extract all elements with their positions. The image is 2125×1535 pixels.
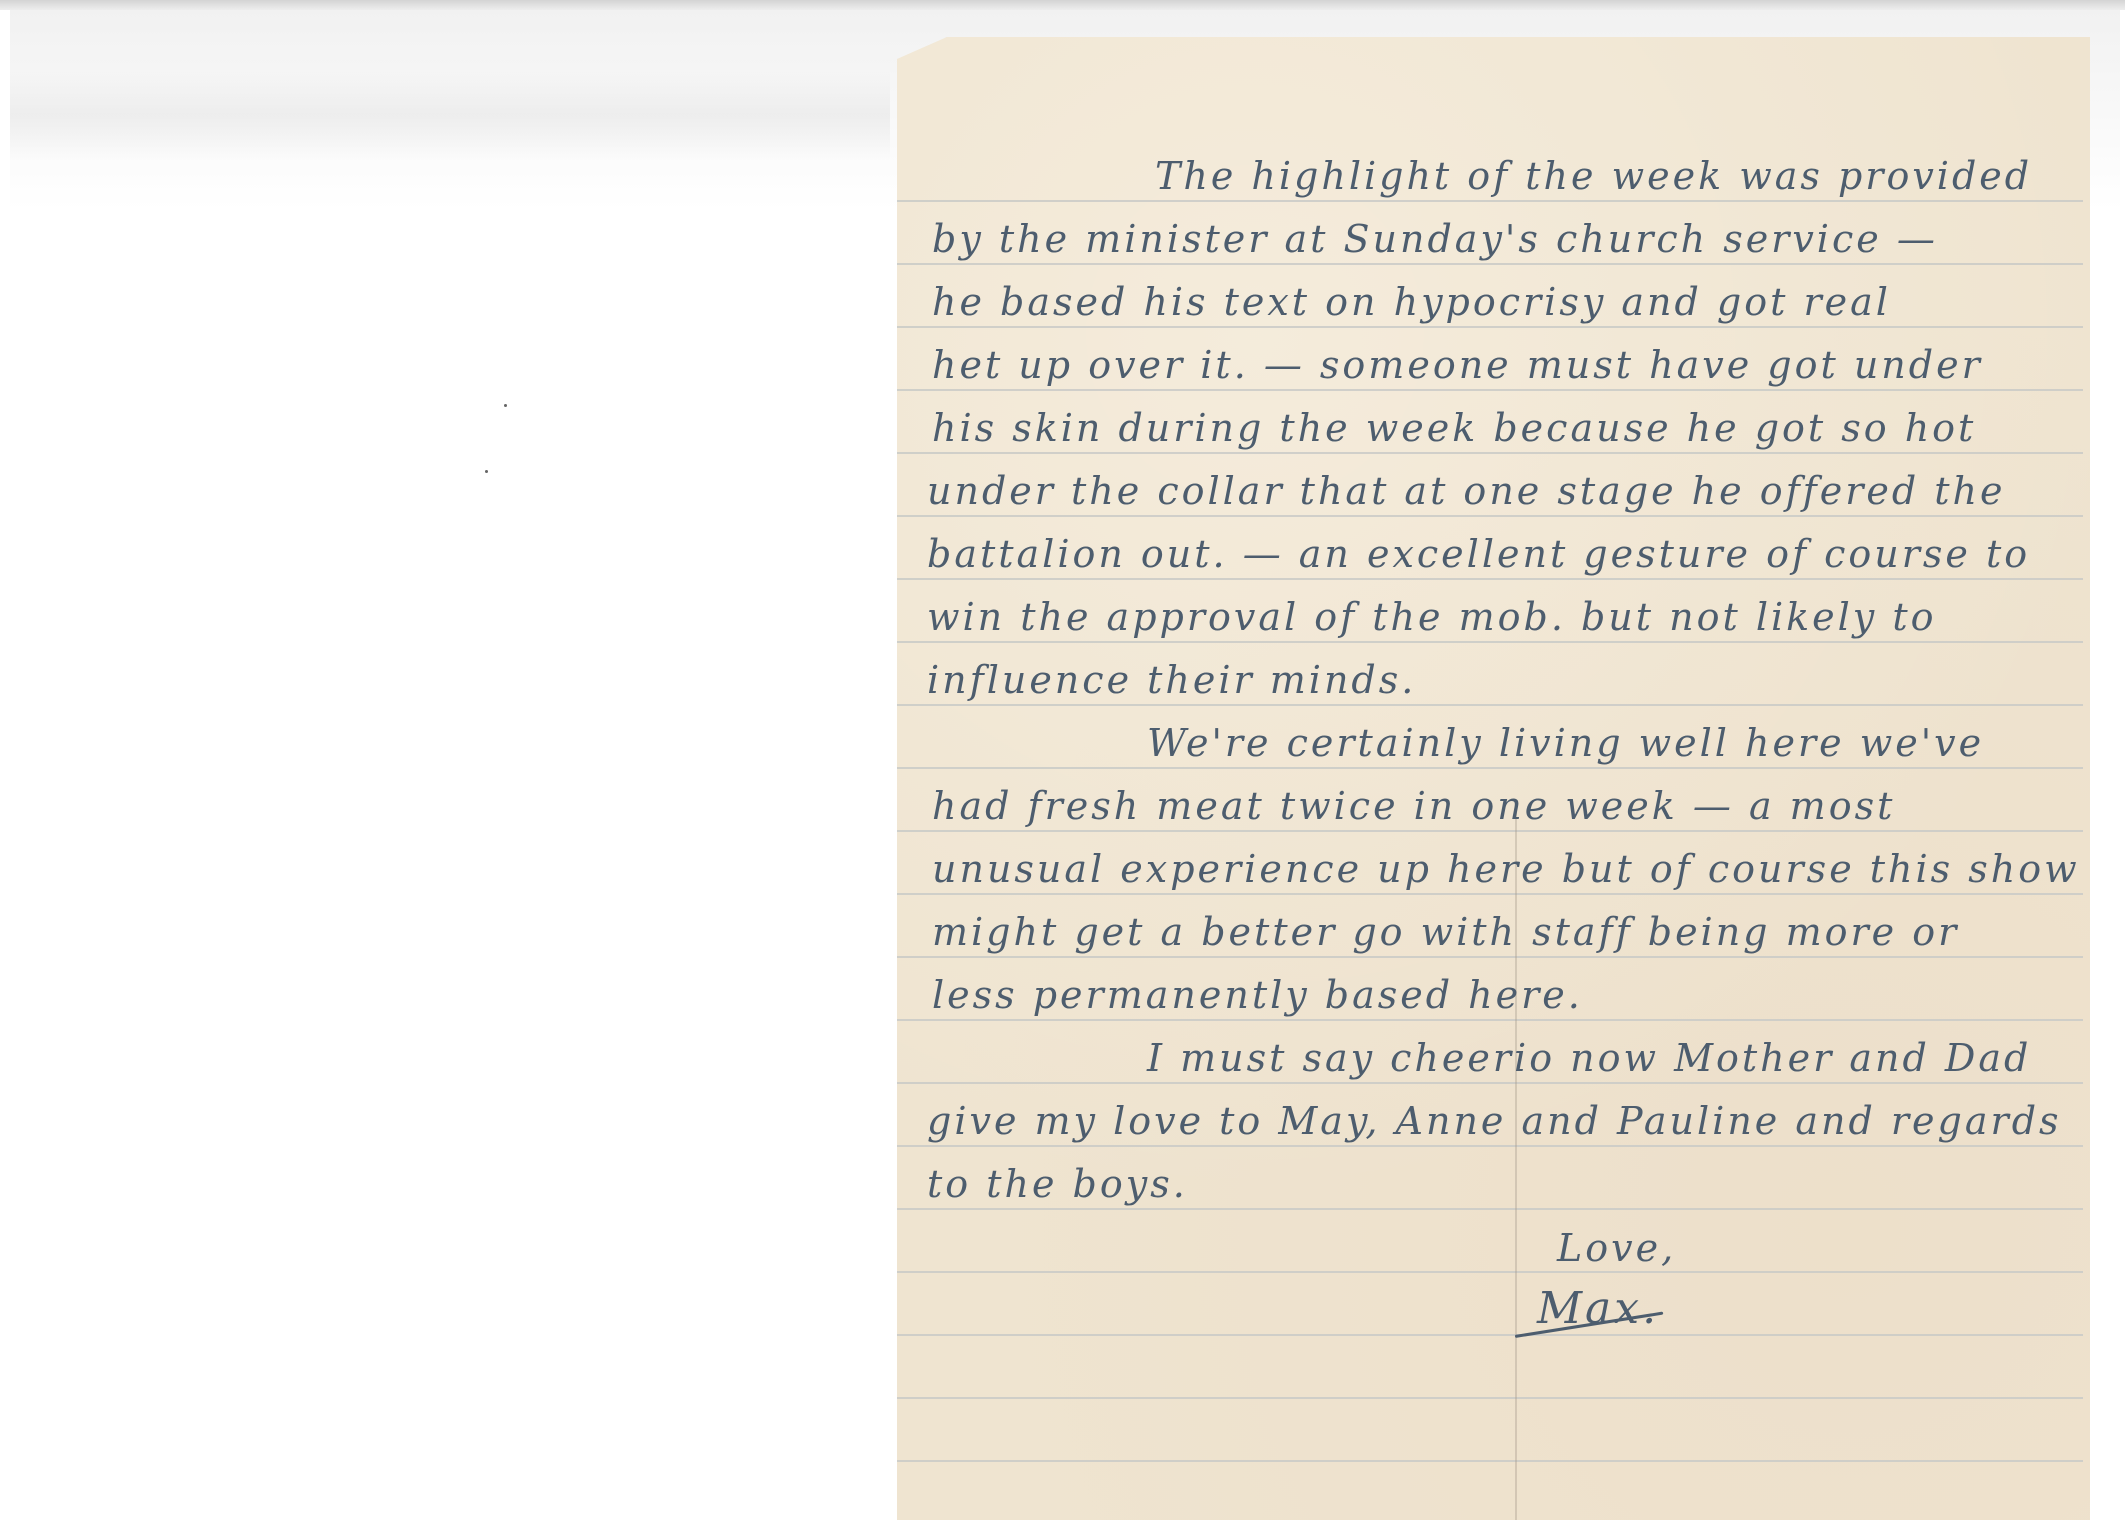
ruled-line [897,326,2083,328]
ruled-line [897,1271,2083,1273]
ruled-line [897,830,2083,832]
letter-line: less permanently based here. [932,976,1583,1014]
letter-line: to the boys. [927,1165,1188,1203]
ruled-line [897,1397,2083,1399]
ruled-line [897,893,2083,895]
dust-speck [504,404,507,407]
ruled-line [897,704,2083,706]
ruled-line [897,1208,2083,1210]
letter-line: We're certainly living well here we've [1147,724,1984,762]
letter-line: his skin during the week because he got … [932,409,1976,447]
ruled-line [897,767,2083,769]
letter-line: might get a better go with staff being m… [932,913,1959,951]
ruled-line [897,956,2083,958]
letter-line: he based his text on hypocrisy and got r… [932,283,1891,321]
ruled-line [897,1145,2083,1147]
ruled-line [897,1082,2083,1084]
letter-line: het up over it. — someone must have got … [932,346,1983,384]
ruled-line [897,200,2083,202]
letter-line: unusual experience up here but of course… [932,850,2080,888]
ruled-line [897,1334,2083,1336]
letter-line: had fresh meat twice in one week — a mos… [932,787,1895,825]
ruled-line [897,263,2083,265]
letter-line: The highlight of the week was provided [1155,157,2032,195]
letter-page: The highlight of the week was provided b… [897,37,2090,1520]
ruled-line [897,389,2083,391]
letter-line: I must say cheerio now Mother and Dad [1147,1039,2031,1077]
letter-line: under the collar that at one stage he of… [927,472,2006,510]
ruled-line [897,641,2083,643]
scanner-edge [0,0,2125,10]
ruled-line [897,452,2083,454]
letter-line: influence their minds. [927,661,1416,699]
ruled-line [897,578,2083,580]
dust-speck [485,470,488,473]
letter-line: give my love to May, Anne and Pauline an… [927,1102,2062,1140]
letter-line: by the minister at Sunday's church servi… [932,220,1938,258]
letter-line: win the approval of the mob. but not lik… [927,598,1937,636]
letter-line: battalion out. — an excellent gesture of… [927,535,2030,573]
letter-closing: Love, [1557,1229,1676,1267]
scan-artifact-band [10,70,890,160]
ruled-line [897,1019,2083,1021]
ruled-line [897,1460,2083,1462]
ruled-line [897,515,2083,517]
